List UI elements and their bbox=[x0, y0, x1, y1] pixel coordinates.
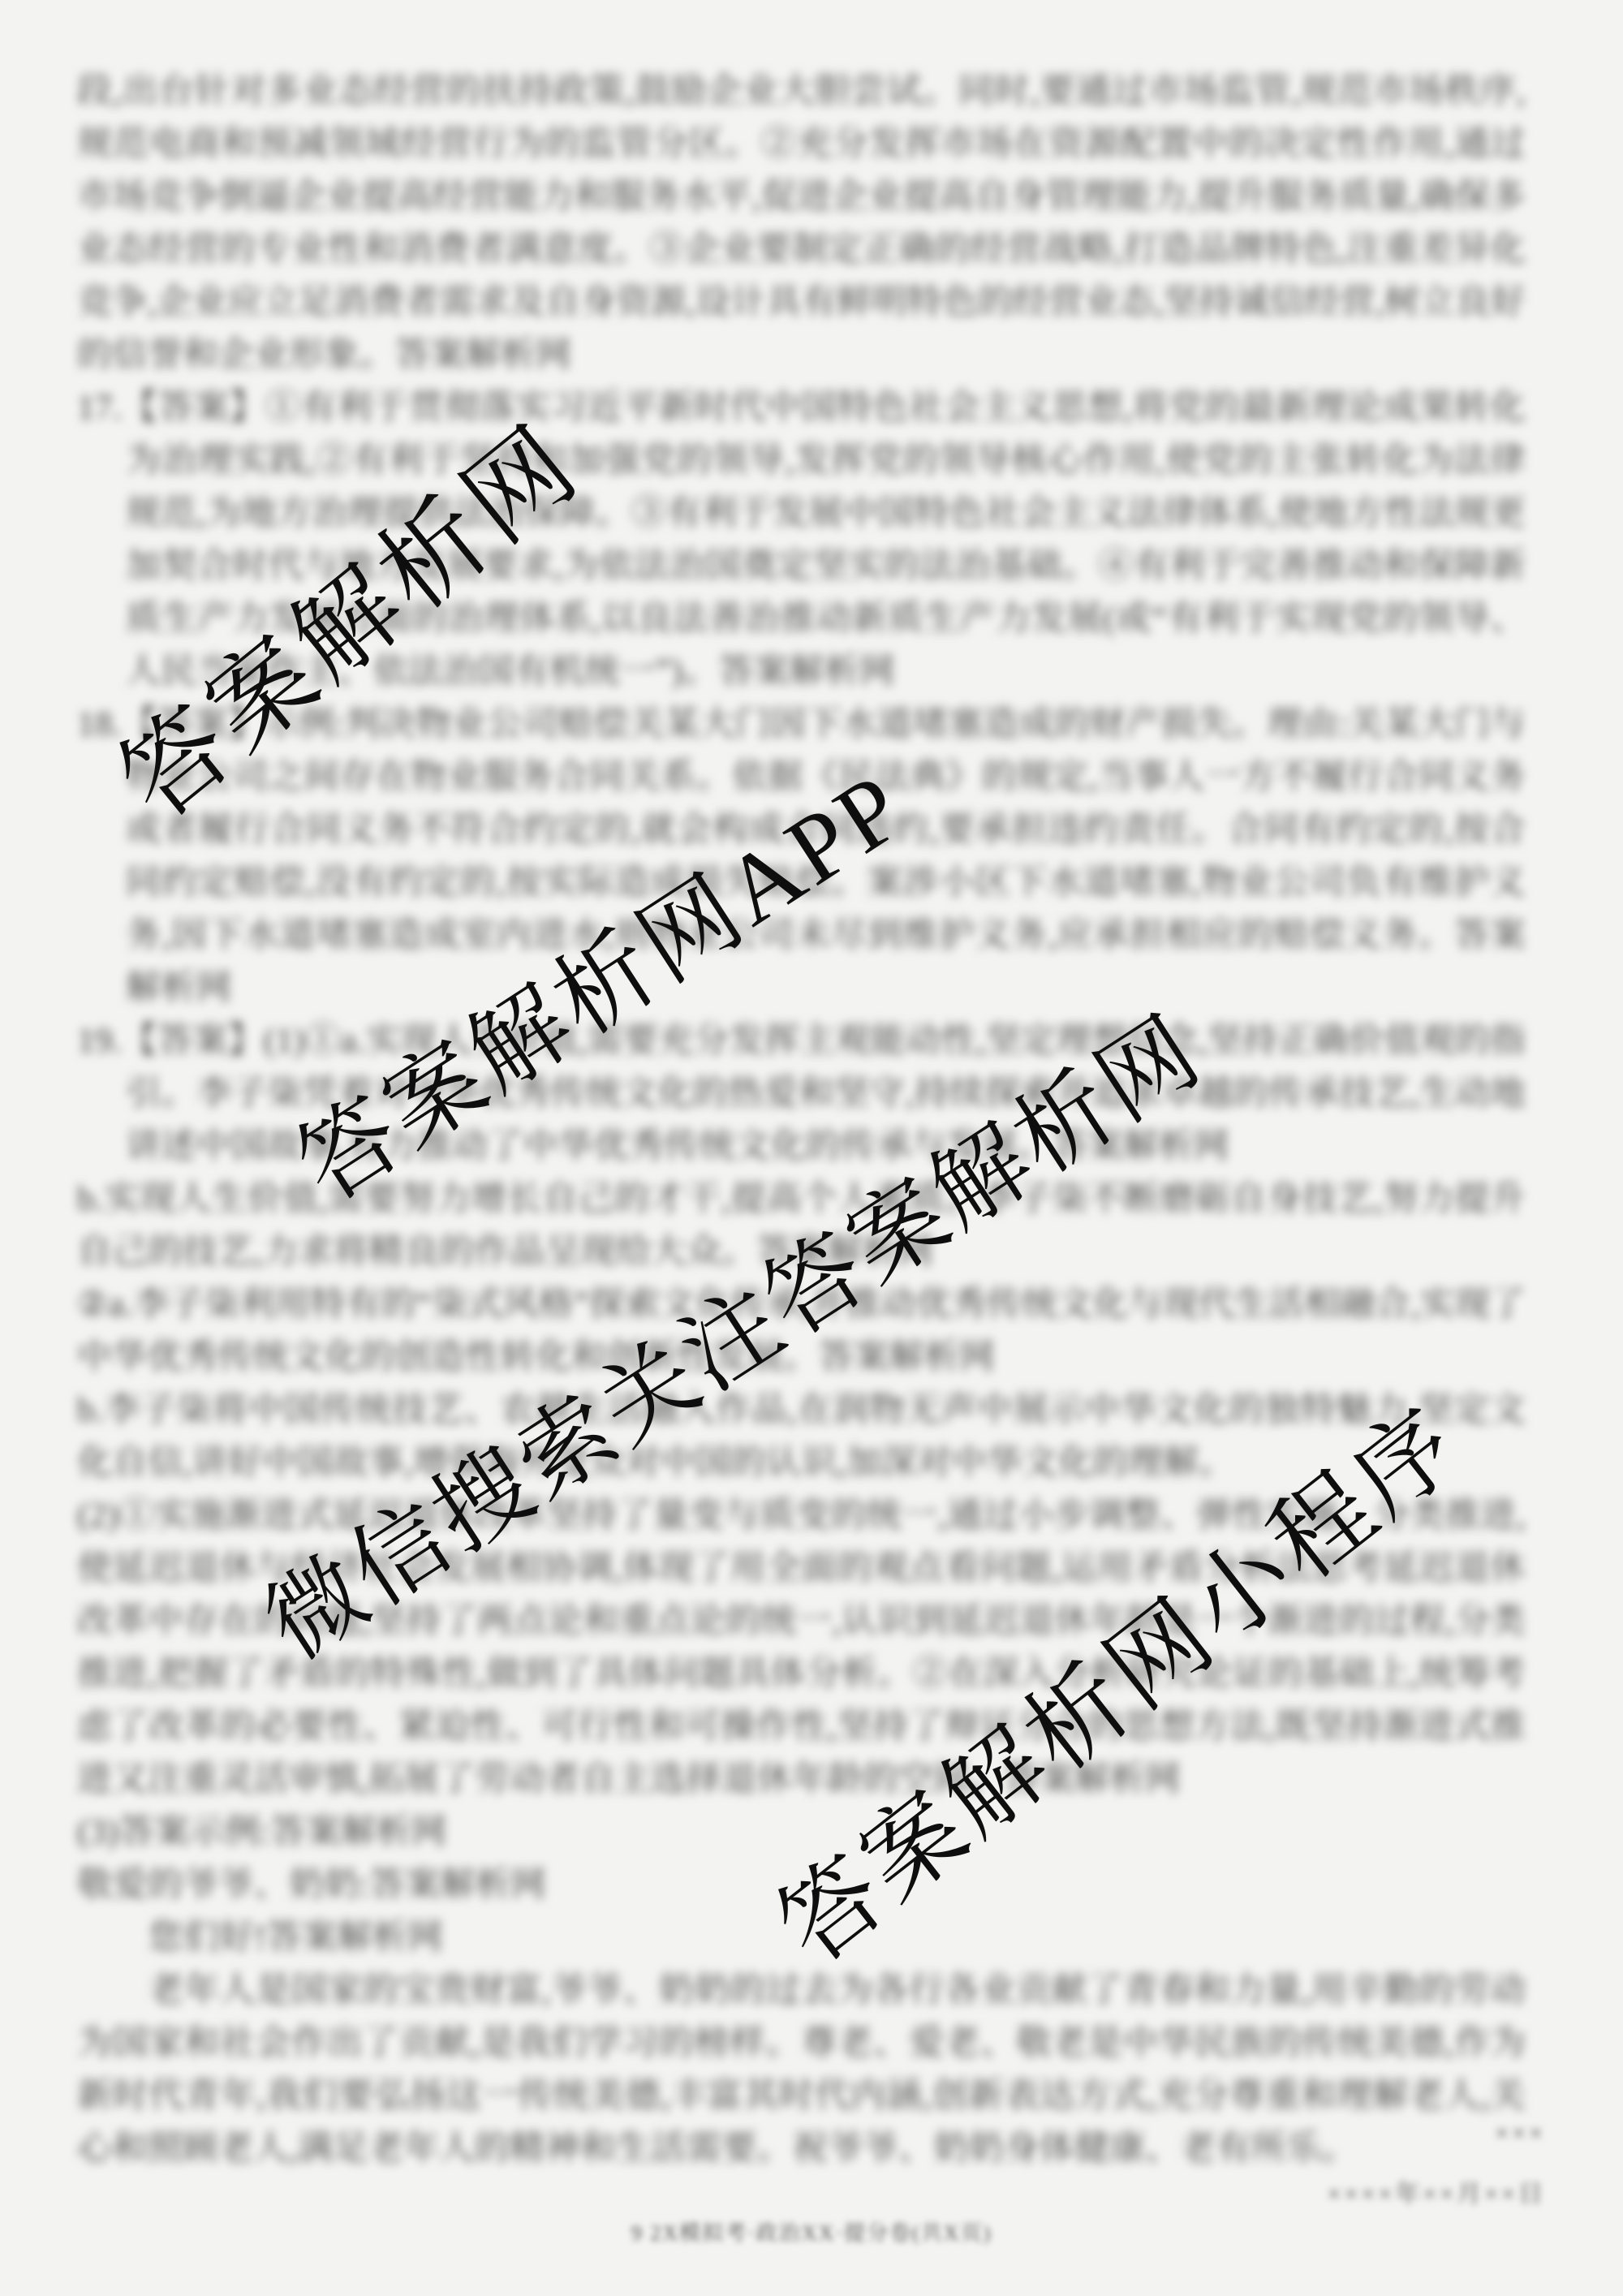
signature-date-redacted: ××××年××月××日 bbox=[1328, 2173, 1546, 2209]
letter-body: 老年人是国家的宝贵财富,爷爷、奶奶的过去为各行各业贡献了青春和力量,用辛勤的劳动… bbox=[77, 1964, 1526, 2175]
page-footer: 9 2X模拟考·政治XX·提分卷(共X页) bbox=[0, 2216, 1623, 2246]
answer-paragraph-16-continuation: 段,出台针对多业态经营的扶持政策,鼓励企业大胆尝试。同时,要通过市场监管,规范市… bbox=[77, 65, 1526, 381]
signature-redacted: ××× bbox=[1495, 2120, 1546, 2147]
scanned-answer-page: 段,出台针对多业态经营的扶持政策,鼓励企业大胆尝试。同时,要通过市场监管,规范市… bbox=[0, 0, 1623, 2296]
